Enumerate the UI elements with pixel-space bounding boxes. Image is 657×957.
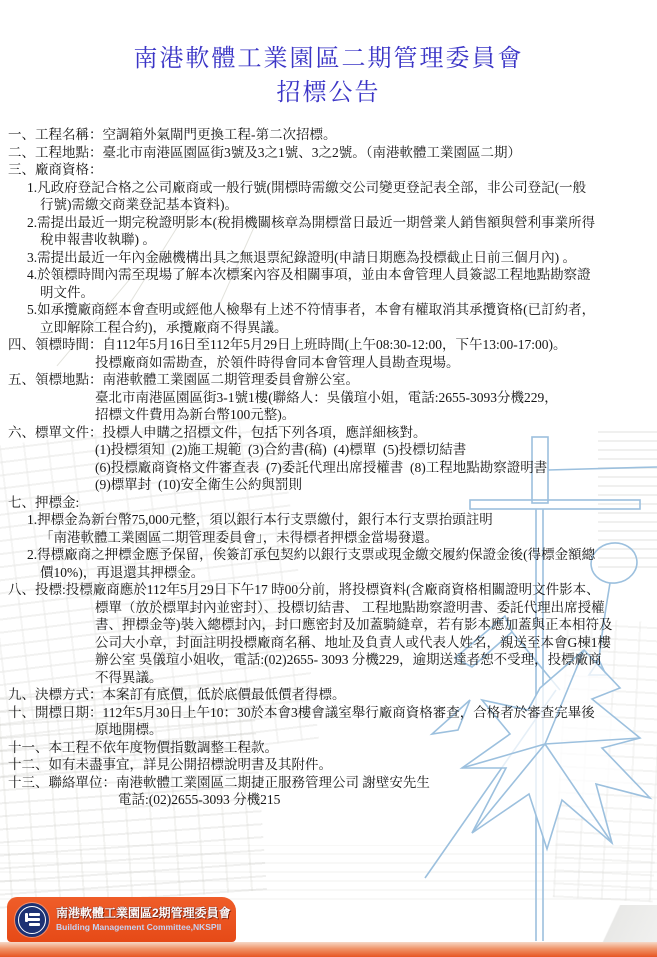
- document-line: 標單（放於標單封內並密封）、投標切結書、 工程地點勘察證明書、委託代理出席授權: [8, 599, 653, 617]
- document-line: 四、領標時間：自112年5月16日至112年5月29日上班時間(上午08:30-…: [8, 336, 653, 354]
- document-line: (1)投標須知 (2)施工規範 (3)合約書(稿) (4)標單 (5)投標切結書: [8, 441, 653, 459]
- document-line: 1.凡政府登記合格之公司廠商或一般行號(開標時需繳交公司變更登記表全部，非公司登…: [8, 179, 653, 197]
- document-line: 七、押標金:: [8, 494, 653, 512]
- document-line: 5.如承攬廠商經本會查明或經他人檢舉有上述不符情事者，本會有權取消其承攬資格(已…: [8, 301, 653, 319]
- document-line: 原地開標。: [8, 721, 653, 739]
- page-title-line1: 南港軟體工業園區二期管理委員會: [0, 42, 657, 76]
- document-line: 不得異議。: [8, 669, 653, 687]
- document-line: 稅申報書收執聯) 。: [8, 231, 653, 249]
- committee-logo-icon: [15, 903, 49, 937]
- document-line: 一、工程名稱：空調箱外氣閘門更換工程-第二次招標。: [8, 126, 653, 144]
- document-line: 臺北市南港區園區街3-1號1樓(聯絡人：吳儀瑄小姐，電話:2655-3093分機…: [8, 389, 653, 407]
- footer-banner: 南港軟體工業園區2期管理委員會 Building Management Comm…: [7, 897, 236, 942]
- document-line: 明文件。: [8, 284, 653, 302]
- document-line: 電話:(02)2655-3093 分機215: [8, 791, 653, 809]
- document-line: 3.需提出最近一年內金融機構出具之無退票紀錄證明(申請日期應為投標截止日前三個月…: [8, 249, 653, 267]
- document-line: 十二、如有未盡事宜，詳見公開招標說明書及其附件。: [8, 756, 653, 774]
- document-line: 價10%)，再退還其押標金。: [8, 564, 653, 582]
- document-line: 2.需提出最近一期完稅證明影本(稅捐機關核章為開標當日最近一期營業人銷售額與營利…: [8, 214, 653, 232]
- footer-org-name-zh: 南港軟體工業園區2期管理委員會: [56, 907, 231, 921]
- document-line: 1.押標金為新台幣75,000元整，須以銀行本行支票繳付，銀行本行支票抬頭註明: [8, 511, 653, 529]
- document-line: 行號)需繳交商業登記基本資料)。: [8, 196, 653, 214]
- document-line: 公司大小章，封面註明投標廠商名稱、地址及負責人或代表人姓名，親送至本會G棟1樓: [8, 634, 653, 652]
- document-line: 4.於領標時間內需至現場了解本次標案內容及相關事項，並由本會管理人員簽認工程地點…: [8, 266, 653, 284]
- document-line: 辦公室 吳儀瑄小姐收，電話:(02)2655- 3093 分機229，逾期送達者…: [8, 651, 653, 669]
- background-texture: [0, 845, 657, 900]
- footer-orange-band: [0, 942, 657, 957]
- document-line: 「南港軟體工業園區二期管理委員會」，未得標者押標金當場發還。: [8, 529, 653, 547]
- document-line: (6)投標廠商資格文件審查表 (7)委託代理出席授權書 (8)工程地點勘察證明書: [8, 459, 653, 477]
- document-body: 一、工程名稱：空調箱外氣閘門更換工程-第二次招標。二、工程地點：臺北市南港區園區…: [0, 126, 657, 809]
- document-line: 招標文件費用為新台幣100元整)。: [8, 406, 653, 424]
- document-line: 六、標單文件：投標人申購之招標文件，包括下列各項，應詳細核對。: [8, 424, 653, 442]
- document-line: 投標廠商如需勘查，於領件時得會同本會管理人員勘查現場。: [8, 354, 653, 372]
- document-line: 五、領標地點：南港軟體工業園區二期管理委員會辦公室。: [8, 371, 653, 389]
- document-line: 2.得標廠商之押標金應予保留，俟簽訂承包契約以銀行支票或現金繳交履約保證金後(得…: [8, 546, 653, 564]
- document-line: 十、開標日期：112年5月30日上午10：30於本會3樓會議室舉行廠商資格審查，…: [8, 704, 653, 722]
- document-line: 書、押標金等)裝入總標封內，封口應密封及加蓋騎縫章，若有影本應加蓋與正本相符及: [8, 616, 653, 634]
- document-line: 三、廠商資格：: [8, 161, 653, 179]
- footer-org-name-en: Building Management Committee,NKSPII: [56, 923, 231, 933]
- document-line: 八、投標:投標廠商應於112年5月29日下午17 時00分前，將投標資料(含廠商…: [8, 581, 653, 599]
- tender-announcement-page: 南港軟體工業園區二期管理委員會 招標公告 一、工程名稱：空調箱外氣閘門更換工程-…: [0, 0, 657, 957]
- footer-org-names: 南港軟體工業園區2期管理委員會 Building Management Comm…: [56, 907, 231, 933]
- background-texture: [557, 905, 657, 945]
- document-line: (9)標單封 (10)安全衛生公約與罰則: [8, 476, 653, 494]
- page-title-line2: 招標公告: [0, 76, 657, 110]
- document-line: 立即解除工程合約)，承攬廠商不得異議。: [8, 319, 653, 337]
- document-line: 二、工程地點：臺北市南港區園區街3號及3之1號、3之2號。（南港軟體工業園區二期…: [8, 144, 653, 162]
- document-line: 九、決標方式：本案訂有底價，低於底價最低價者得標。: [8, 686, 653, 704]
- document-line: 十三、聯絡單位：南港軟體工業園區二期捷正服務管理公司 謝壁安先生: [8, 774, 653, 792]
- document-line: 十一、本工程不依年度物價指數調整工程款。: [8, 739, 653, 757]
- document-content: 南港軟體工業園區二期管理委員會 招標公告 一、工程名稱：空調箱外氣閘門更換工程-…: [0, 0, 657, 809]
